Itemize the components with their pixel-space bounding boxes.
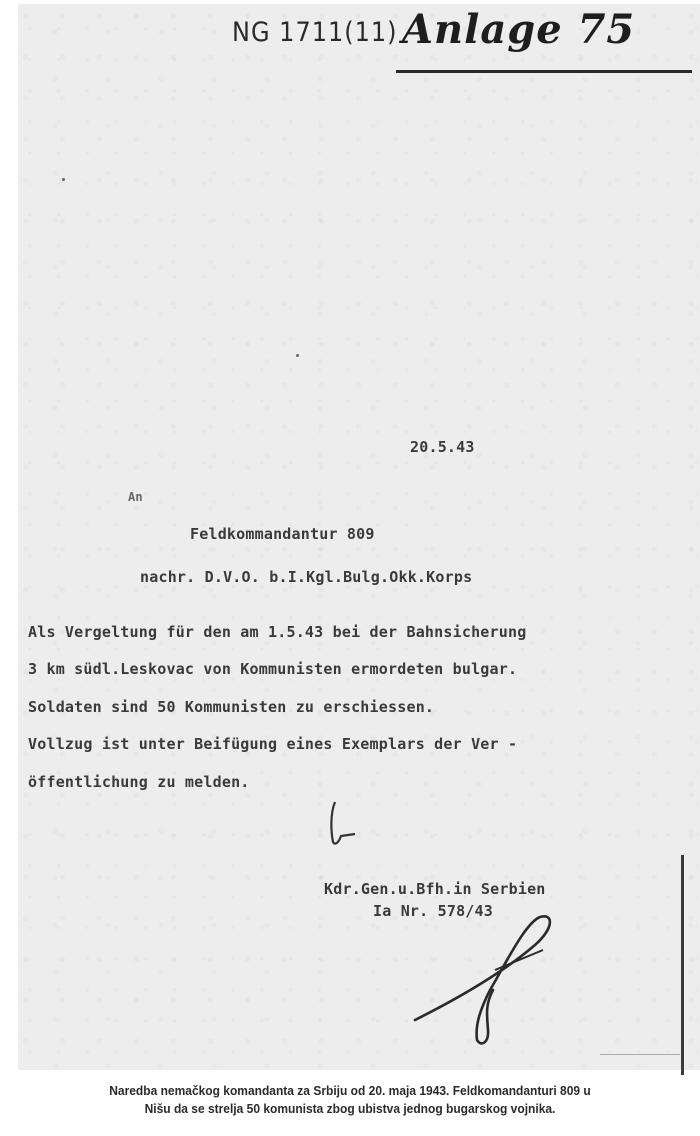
caption-line: Naredba nemačkog komandanta za Srbiju od… — [14, 1082, 686, 1100]
annex-label: Anlage 75 — [402, 6, 635, 53]
body-line: 3 km südl.Leskovac von Kommunisten ermor… — [28, 660, 517, 678]
caption-line: Nišu da se strelja 50 komunista zbog ubi… — [14, 1100, 686, 1118]
copy-to: nachr. D.V.O. b.I.Kgl.Bulg.Okk.Korps — [140, 568, 472, 586]
annex-underline — [396, 70, 692, 73]
margin-rule — [681, 855, 684, 1075]
body-line: Soldaten sind 50 Kommunisten zu erschies… — [28, 698, 434, 716]
body-line: öffentlichung zu melden. — [28, 773, 250, 791]
body-line: Als Vergeltung für den am 1.5.43 bei der… — [28, 623, 526, 641]
body-line: Vollzug ist unter Beifügung eines Exempl… — [28, 735, 517, 753]
signature — [405, 905, 575, 1050]
bottom-rule — [600, 1054, 680, 1055]
figure-caption: Naredba nemačkog komandanta za Srbiju od… — [14, 1082, 686, 1118]
speck — [296, 354, 299, 357]
document-date: 20.5.43 — [410, 438, 475, 456]
recipient: Feldkommandantur 809 — [190, 525, 375, 543]
sender: Kdr.Gen.u.Bfh.in Serbien — [324, 880, 546, 898]
salutation: An — [128, 490, 143, 504]
handwritten-initial-mark — [325, 798, 365, 848]
speck — [62, 178, 65, 181]
archive-reference: NG 1711(11) — [232, 17, 398, 48]
